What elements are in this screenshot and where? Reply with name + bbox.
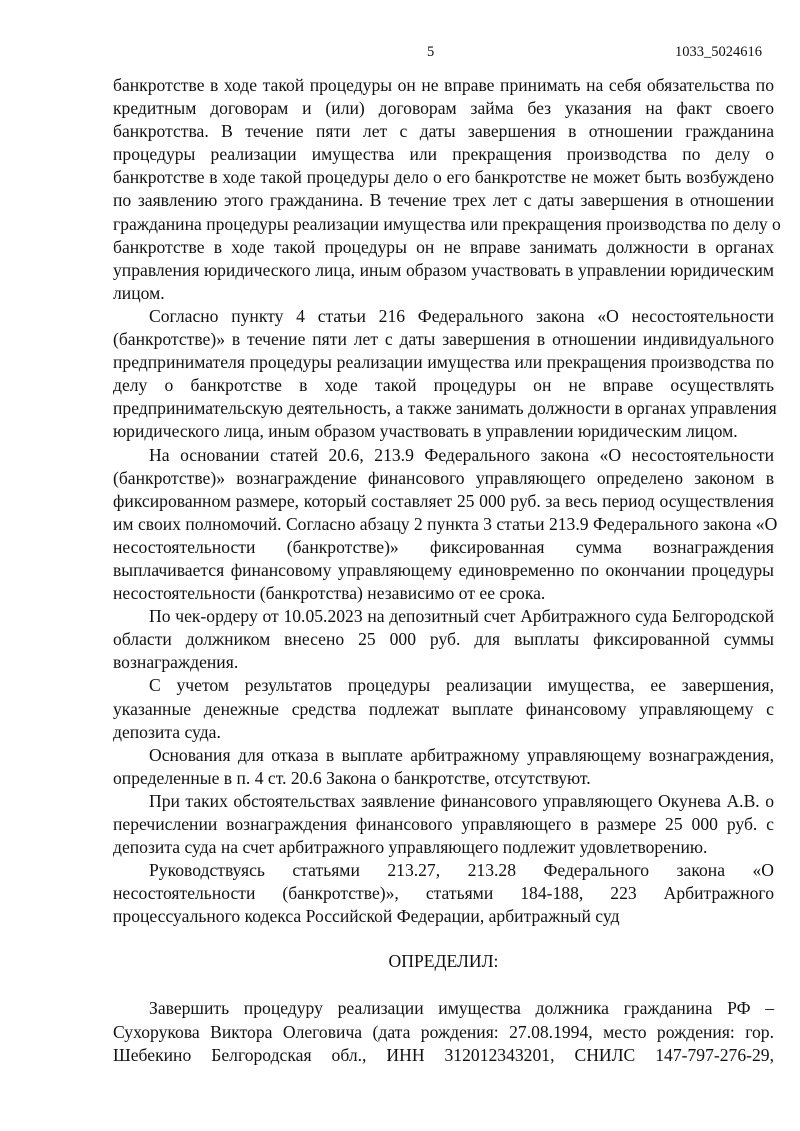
text-line: области должником внесено 25 000 руб. дл…: [113, 628, 774, 651]
text-line: Шебекино Белгородская обл., ИНН 31201234…: [113, 1044, 774, 1067]
text-line: управления юридического лица, иным образ…: [113, 259, 774, 282]
text-line: процессуального кодекса Российской Федер…: [113, 905, 774, 928]
text-line: Руководствуясь статьями 213.27, 213.28 Ф…: [113, 859, 774, 882]
document-id: 1033_5024616: [675, 44, 762, 61]
paragraph-deposit: По чек-ордеру от 10.05.2023 на депозитны…: [113, 605, 774, 674]
paragraph-bankruptcy-restrictions: банкротстве в ходе такой процедуры он не…: [113, 74, 774, 305]
text-line: банкротства. В течение пяти лет с даты з…: [113, 120, 774, 143]
text-line: (банкротстве)» в течение пяти лет с даты…: [113, 328, 774, 351]
ruling-heading: ОПРЕДЕЛИЛ:: [113, 950, 774, 973]
text-line: По чек-ордеру от 10.05.2023 на депозитны…: [113, 605, 774, 628]
text-line: фиксированном размере, который составляе…: [113, 490, 774, 513]
text-line: вознаграждения.: [113, 651, 774, 674]
paragraph-application-granted: При таких обстоятельствах заявление фина…: [113, 790, 774, 859]
text-line: указанные денежные средства подлежат вып…: [113, 698, 774, 721]
text-line: банкротстве в ходе такой процедуры он не…: [113, 74, 774, 97]
text-line: несостоятельности (банкротстве)» фиксиро…: [113, 536, 774, 559]
text-line: процедуры реализации имущества или прекр…: [113, 143, 774, 166]
text-line: кредитным договорам и (или) договорам за…: [113, 97, 774, 120]
text-line: им своих полномочий. Согласно абзацу 2 п…: [113, 513, 774, 536]
text-line: юридического лица, иным образом участвов…: [113, 420, 774, 443]
paragraph-article-216: Согласно пункту 4 статьи 216 Федеральног…: [113, 305, 774, 444]
text-line: перечислении вознаграждения финансового …: [113, 813, 774, 836]
text-line: банкротстве в ходе такой процедуры он не…: [113, 236, 774, 259]
page-header: 5 1033_5024616: [0, 44, 800, 66]
text-line: гражданина процедуры реализации имуществ…: [113, 213, 774, 236]
document-body: банкротстве в ходе такой процедуры он не…: [113, 74, 774, 1067]
text-line: На основании статей 20.6, 213.9 Федераль…: [113, 444, 774, 467]
text-line: (банкротстве)» вознаграждение финансовог…: [113, 467, 774, 490]
text-line: предпринимателя процедуры реализации иму…: [113, 351, 774, 374]
text-line: Сухорукова Виктора Олеговича (дата рожде…: [113, 1021, 774, 1044]
text-line: определенные в п. 4 ст. 20.6 Закона о ба…: [113, 767, 774, 790]
text-line: несостоятельности (банкротстве)», статья…: [113, 882, 774, 905]
text-line: При таких обстоятельствах заявление фина…: [113, 790, 774, 813]
paragraph-manager-remuneration: На основании статей 20.6, 213.9 Федераль…: [113, 444, 774, 606]
paragraph-payment-from-deposit: С учетом результатов процедуры реализаци…: [113, 674, 774, 743]
text-line: банкротстве в ходе такой процедуры дело …: [113, 166, 774, 189]
text-line: лицом.: [113, 282, 774, 305]
text-line: выплачивается финансовому управляющему е…: [113, 559, 774, 582]
text-line: Согласно пункту 4 статьи 216 Федеральног…: [113, 305, 774, 328]
text-line: делу о банкротстве в ходе такой процедур…: [113, 374, 774, 397]
text-line: Завершить процедуру реализации имущества…: [113, 997, 774, 1020]
text-line: несостоятельности (банкротства) независи…: [113, 582, 774, 605]
text-line: Основания для отказа в выплате арбитражн…: [113, 744, 774, 767]
paragraph-legal-basis: Руководствуясь статьями 213.27, 213.28 Ф…: [113, 859, 774, 928]
paragraph-ruling: Завершить процедуру реализации имущества…: [113, 997, 774, 1066]
text-line: депозита суда на счет арбитражного управ…: [113, 836, 774, 859]
text-line: по заявлению этого гражданина. В течение…: [113, 189, 774, 212]
paragraph-no-refusal-grounds: Основания для отказа в выплате арбитражн…: [113, 744, 774, 790]
text-line: предпринимательскую деятельность, а такж…: [113, 397, 774, 420]
text-line: депозита суда.: [113, 721, 774, 744]
text-line: С учетом результатов процедуры реализаци…: [113, 674, 774, 697]
page-number: 5: [427, 44, 434, 61]
